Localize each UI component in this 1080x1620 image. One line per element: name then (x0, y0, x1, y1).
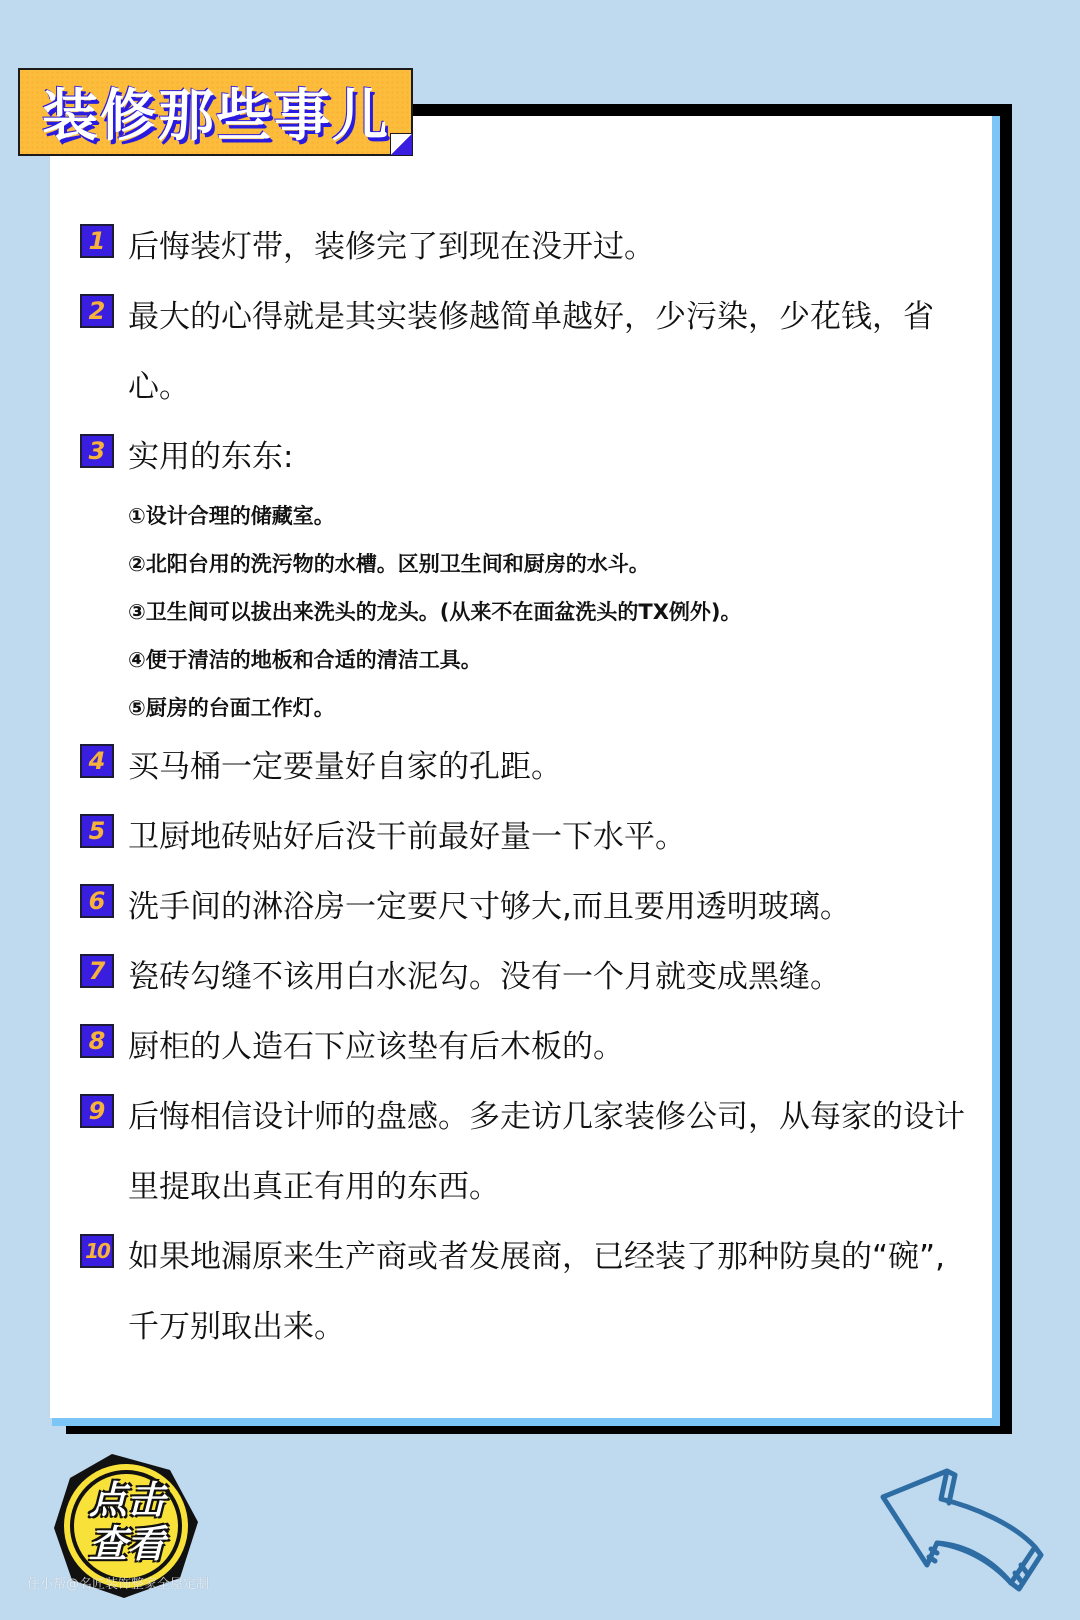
item-text: 后悔相信设计师的盘感。多走访几家装修公司，从每家的设计里提取出真正有用的东西。 (128, 1082, 968, 1222)
tips-list: 1 后悔装灯带，装修完了到现在没开过。 2 最大的心得就是其实装修越简单越好，少… (80, 212, 980, 1362)
watermark: 住小帮@名匠装饰整家全屋定制 (27, 1573, 209, 1592)
list-item: 2 最大的心得就是其实装修越简单越好，少污染，少花钱，省心。 (80, 282, 980, 422)
item-text: 实用的东东: (128, 422, 968, 492)
list-item: 1 后悔装灯带，装修完了到现在没开过。 (80, 212, 980, 282)
list-item: 9 后悔相信设计师的盘感。多走访几家装修公司，从每家的设计里提取出真正有用的东西… (80, 1082, 980, 1222)
number-badge: 1 (80, 224, 114, 258)
item-text: 买马桶一定要量好自家的孔距。 (128, 732, 968, 802)
page-title: 装修那些事儿 (42, 72, 390, 152)
item-text: 瓷砖勾缝不该用白水泥勾。没有一个月就变成黑缝。 (128, 942, 968, 1012)
cta-label: 点击 查看 (72, 1478, 182, 1566)
number-badge: 6 (80, 884, 114, 918)
list-item: 3 实用的东东: (80, 422, 980, 492)
item-text: 卫厨地砖贴好后没干前最好量一下水平。 (128, 802, 968, 872)
item-text: 洗手间的淋浴房一定要尺寸够大,而且要用透明玻璃。 (128, 872, 968, 942)
item-text: 厨柜的人造石下应该垫有后木板的。 (128, 1012, 968, 1082)
page-fold-icon (390, 133, 412, 155)
item-text: 后悔装灯带，装修完了到现在没开过。 (128, 212, 968, 282)
list-item: 7 瓷砖勾缝不该用白水泥勾。没有一个月就变成黑缝。 (80, 942, 980, 1012)
list-item: 5 卫厨地砖贴好后没干前最好量一下水平。 (80, 802, 980, 872)
item-text: 最大的心得就是其实装修越简单越好，少污染，少花钱，省心。 (128, 282, 968, 422)
number-badge: 5 (80, 814, 114, 848)
title-banner: 装修那些事儿 (18, 68, 413, 156)
list-item: 4 买马桶一定要量好自家的孔距。 (80, 732, 980, 802)
sub-item: ①设计合理的储藏室。 (128, 492, 980, 540)
sub-item: ③卫生间可以拔出来洗头的龙头。(从来不在面盆洗头的TX例外)。 (128, 588, 980, 636)
number-badge: 10 (80, 1234, 114, 1268)
number-badge: 9 (80, 1094, 114, 1128)
number-badge: 4 (80, 744, 114, 778)
number-badge: 7 (80, 954, 114, 988)
number-badge: 8 (80, 1024, 114, 1058)
sub-item: ②北阳台用的洗污物的水槽。区别卫生间和厨房的水斗。 (128, 540, 980, 588)
list-item: 8 厨柜的人造石下应该垫有后木板的。 (80, 1012, 980, 1082)
sub-item: ⑤厨房的台面工作灯。 (128, 684, 980, 732)
curved-arrow-icon (875, 1465, 1045, 1595)
list-item: 10 如果地漏原来生产商或者发展商，已经装了那种防臭的“碗”,千万别取出来。 (80, 1222, 980, 1362)
list-item: 6 洗手间的淋浴房一定要尺寸够大,而且要用透明玻璃。 (80, 872, 980, 942)
number-badge: 2 (80, 294, 114, 328)
item-text: 如果地漏原来生产商或者发展商，已经装了那种防臭的“碗”,千万别取出来。 (128, 1222, 968, 1362)
number-badge: 3 (80, 434, 114, 468)
sub-item: ④便于清洁的地板和合适的清洁工具。 (128, 636, 980, 684)
